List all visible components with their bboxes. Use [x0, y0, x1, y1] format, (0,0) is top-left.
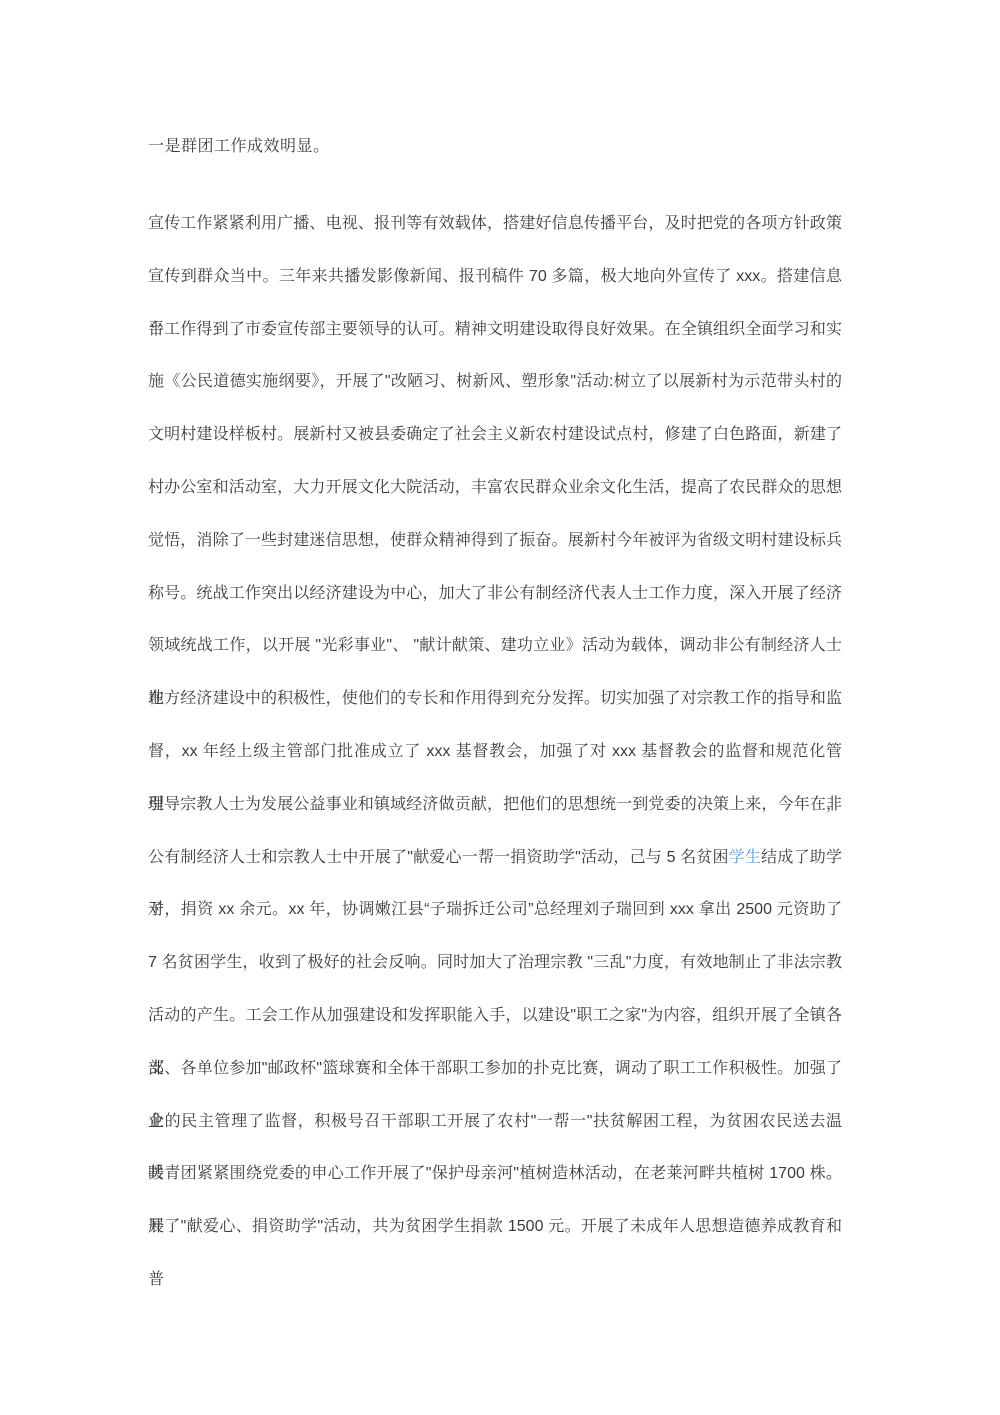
paragraph-line: 督，xx 年经上级主管部门批准成立了 xxx 基督教会，加强了对 xxx 基督教… [148, 726, 842, 779]
document-content: 一是群团工作成效明显。 宣传工作紧紧利用广播、电视、报刊等有效载体，搭建好信息传… [148, 120, 842, 1254]
paragraph-line: 公有制经济人士和宗教人士中开展了"献爱心一帮一捐资助学"活动，己与 5 名贫困学… [148, 832, 842, 885]
paragraph-text: 引导宗教人士为发展公益事业和镇域经济做贡献，把他们的思想统一到党委的决策上来，今… [148, 796, 842, 813]
paragraph-text: 文明村建设样板村。展新村又被县委确定了社会主义新农村建设试点村，修建了白色路面，… [148, 426, 842, 443]
document-page: 一是群团工作成效明显。 宣传工作紧紧利用广播、电视、报刊等有效载体，搭建好信息传… [0, 0, 1000, 1415]
paragraph-line: 宣传工作紧紧利用广播、电视、报刊等有效载体，搭建好信息传播平台，及时把党的各项方… [148, 198, 842, 251]
paragraph-line: 地方经济建设中的积极性，使他们的专长和作用得到充分发挥。切实加强了对宗教工作的指… [148, 673, 842, 726]
paragraph-line: 宣传到群众当中。三年来共播发影像新闻、报刊稿件 70 多篇，极大地向外宣传了 x… [148, 251, 842, 304]
paragraph-text: 展了"献爱心、捐资助学"活动，共为贫困学生捐款 1500 元。开展了未成年人思想… [148, 1218, 842, 1288]
section-heading: 一是群团工作成效明显。 [148, 120, 842, 173]
paragraph-line: 部、各单位参加"邮政杯"篮球赛和全体干部职工参加的扑克比赛，调动了职工工作积极性… [148, 1043, 842, 1096]
paragraph-text: 村办公室和活动室，大力开展文化大院活动，丰富农民群众业余文化生活，提高了农民群众… [148, 479, 842, 496]
paragraph-text: 觉悟，消除了一些封建迷信思想，使群众精神得到了振奋。展新村今年被评为省级文明村建… [148, 532, 842, 549]
student-inline-link[interactable]: 学生 [729, 849, 761, 866]
paragraph-text: 称号。统战工作突出以经济建设为中心，加大了非公有制经济代表人士工作力度，深入开展… [148, 585, 842, 602]
paragraph-line: 活动的产生。工会工作从加强建设和发挥职能入手，以建设"职工之家"为内容，组织开展… [148, 990, 842, 1043]
paragraph-line: 引导宗教人士为发展公益事业和镇域经济做贡献，把他们的思想统一到党委的决策上来，今… [148, 779, 842, 832]
paragraph-text: 7 名贫困学生，收到了极好的社会反响。同时加大了治理宗教 "三乱"力度，有效地制… [148, 954, 842, 971]
paragraph-line: 台工作得到了市委宣传部主要领导的认可。精神文明建设取得良好效果。在全镇组织全面学… [148, 304, 842, 357]
paragraph-line: 共青团紧紧围绕党委的申心工作开展了"保护母亲河"植树造林活动，在老莱河畔共植树 … [148, 1148, 842, 1201]
paragraph-line: 子，捐资 xx 余元。xx 年，协调嫩江县“子瑞拆迁公司”总经理刘子瑞回到 xx… [148, 884, 842, 937]
paragraph-text: 地方经济建设中的积极性，使他们的专长和作用得到充分发挥。切实加强了对宗教工作的指… [148, 690, 842, 707]
paragraph-line: 称号。统战工作突出以经济建设为中心，加大了非公有制经济代表人士工作力度，深入开展… [148, 568, 842, 621]
paragraph-line: 施《公民道德实施纲要》，开展了"改陋习、树新风、塑形象"活动:树立了以展新村为示… [148, 356, 842, 409]
paragraph-line: 业的民主管理了监督，积极号召干部职工开展了农村"一帮一"扶贫解困工程，为贫困农民… [148, 1096, 842, 1149]
paragraph-line: 村办公室和活动室，大力开展文化大院活动，丰富农民群众业余文化生活，提高了农民群众… [148, 462, 842, 515]
paragraph-text: 子，捐资 xx 余元。xx 年，协调嫩江县“子瑞拆迁公司”总经理刘子瑞回到 xx… [148, 901, 842, 918]
paragraph-line: 7 名贫困学生，收到了极好的社会反响。同时加大了治理宗教 "三乱"力度，有效地制… [148, 937, 842, 990]
paragraph-line: 展了"献爱心、捐资助学"活动，共为贫困学生捐款 1500 元。开展了未成年人思想… [148, 1201, 842, 1254]
paragraph-text: 宣传工作紧紧利用广播、电视、报刊等有效载体，搭建好信息传播平台，及时把党的各项方… [148, 215, 842, 232]
paragraph-text: 公有制经济人士和宗教人士中开展了"献爱心一帮一捐资助学"活动，己与 5 名贫困 [148, 849, 729, 866]
paragraph-line: 觉悟，消除了一些封建迷信思想，使群众精神得到了振奋。展新村今年被评为省级文明村建… [148, 515, 842, 568]
paragraph-text: 施《公民道德实施纲要》，开展了"改陋习、树新风、塑形象"活动:树立了以展新村为示… [148, 373, 842, 390]
paragraph-line: 领域统战工作，以开展 "光彩事业"、 "献计献策、建功立业》活动为载体，调动非公… [148, 620, 842, 673]
body-paragraph: 宣传工作紧紧利用广播、电视、报刊等有效载体，搭建好信息传播平台，及时把党的各项方… [148, 198, 842, 1254]
paragraph-text: 台工作得到了市委宣传部主要领导的认可。精神文明建设取得良好效果。在全镇组织全面学… [148, 321, 842, 338]
paragraph-line: 文明村建设样板村。展新村又被县委确定了社会主义新农村建设试点村，修建了白色路面，… [148, 409, 842, 462]
